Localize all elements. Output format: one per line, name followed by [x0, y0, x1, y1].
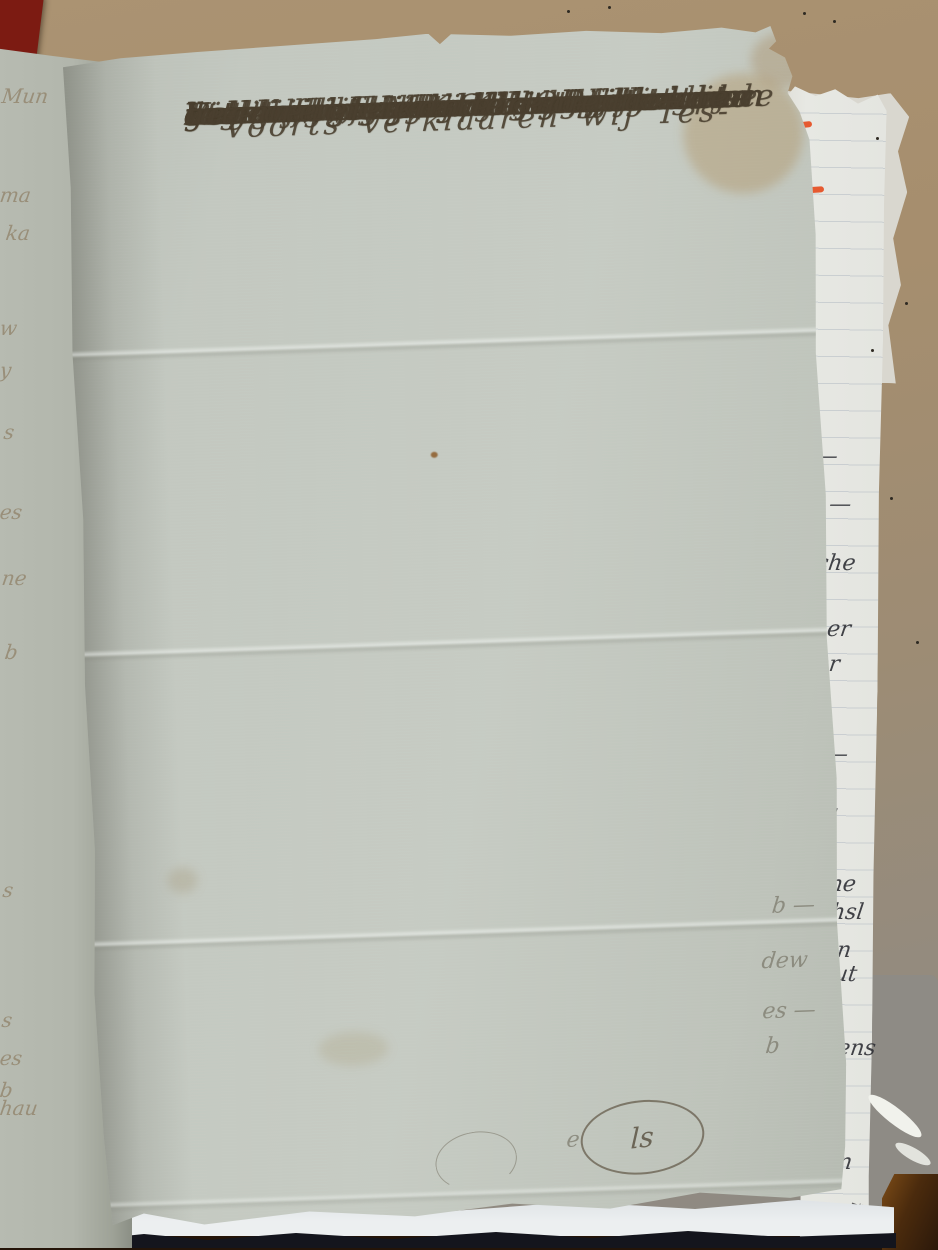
left-page-fragment: s: [1, 878, 15, 902]
left-page-fragment: ne: [0, 566, 28, 590]
paper-speck: [876, 137, 879, 140]
bleedthrough-fragment: b —: [771, 892, 817, 919]
left-page-fragment: hau: [0, 1096, 39, 1120]
bleedthrough-layer: b —dewes —be: [60, 21, 851, 1230]
photo-stage: t —rt —chezhererrd —•ulmeahslenwutuNensF…: [0, 0, 938, 1250]
bleedthrough-fragment: es —: [761, 997, 817, 1024]
left-page-fragment: Mun: [0, 84, 50, 108]
left-page-fragment: ma: [0, 183, 33, 207]
paper-speck: [567, 10, 570, 13]
left-page-fragment: s: [0, 1008, 14, 1032]
paper-speck: [608, 6, 611, 9]
paper-speck: [833, 20, 836, 23]
left-page-fragment: s: [2, 420, 16, 444]
left-page-fragment: y: [0, 358, 13, 382]
main-page: na verkiesing — Om also dePortien der Ki…: [60, 21, 851, 1230]
paper-speck: [890, 497, 893, 500]
bleedthrough-fragment: b: [764, 1034, 781, 1060]
paper-speck: [803, 12, 806, 15]
paper-speck: [905, 302, 908, 305]
left-page-fragment: w: [0, 316, 19, 340]
paper-speck: [916, 641, 919, 644]
bleedthrough-fragment: dew: [760, 948, 809, 975]
left-page-fragment: es: [0, 500, 24, 524]
left-page-fragment: ka: [4, 221, 31, 245]
left-page-fragment: es: [0, 1046, 24, 1070]
paper-speck: [871, 349, 874, 352]
left-page-fragment: b: [3, 640, 19, 664]
bleedthrough-fragment: e: [565, 1127, 581, 1153]
notary-mark-text: ls: [630, 1119, 654, 1155]
